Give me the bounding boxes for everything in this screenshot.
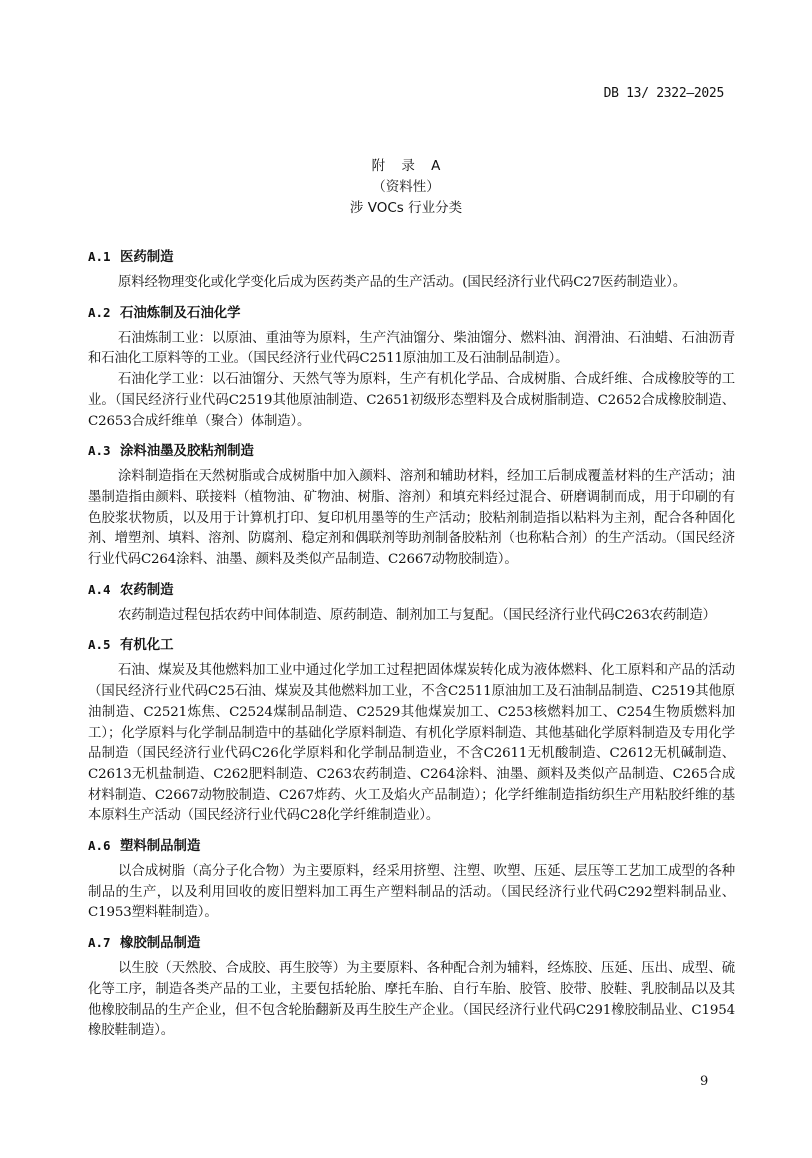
section-heading: A.3涂料油墨及胶粘剂制造	[88, 440, 735, 461]
appendix-label: 附 录 A	[0, 156, 812, 177]
section-heading: A.7橡胶制品制造	[88, 932, 735, 953]
section-number: A.3	[88, 440, 120, 461]
section-title: 塑料制品制造	[120, 839, 200, 854]
document-code: DB 13/ 2322—2025	[604, 86, 724, 101]
section-number: A.5	[88, 634, 120, 655]
section-number: A.2	[88, 302, 120, 323]
appendix-nature: （资料性）	[0, 177, 812, 198]
section-a7: A.7橡胶制品制造 以生胶（天然胶、合成胶、再生胶等）为主要原料、各种配合剂为辅…	[88, 932, 735, 1042]
section-heading: A.1医药制造	[88, 246, 735, 267]
document-page: DB 13/ 2322—2025 附 录 A （资料性） 涉 VOCs 行业分类…	[0, 0, 812, 1158]
section-a2: A.2石油炼制及石油化学 石油炼制工业：以原油、重油等为原料，生产汽油馏分、柴油…	[88, 302, 735, 433]
document-body: A.1医药制造 原料经物理变化或化学变化后成为医药类产品的生产活动。(国民经济行…	[88, 246, 735, 1050]
paragraph: 石油、煤炭及其他燃料加工业中通过化学加工过程把固体煤炭转化成为液体燃料、化工原料…	[88, 661, 735, 827]
appendix-title-block: 附 录 A （资料性） 涉 VOCs 行业分类	[0, 156, 812, 219]
section-heading: A.2石油炼制及石油化学	[88, 302, 735, 323]
paragraph: 石油炼制工业：以原油、重油等为原料，生产汽油馏分、柴油馏分、燃料油、润滑油、石油…	[88, 329, 735, 370]
section-title: 橡胶制品制造	[120, 936, 200, 951]
section-number: A.1	[88, 246, 120, 267]
section-number: A.7	[88, 932, 120, 953]
paragraph: 农药制造过程包括农药中间体制造、原药制造、制剂加工与复配。（国民经济行业代码C2…	[88, 606, 735, 627]
section-heading: A.5有机化工	[88, 634, 735, 655]
section-title: 医药制造	[120, 250, 174, 265]
section-title: 涂料油墨及胶粘剂制造	[120, 444, 254, 459]
section-title: 农药制造	[120, 583, 174, 598]
section-title: 有机化工	[120, 638, 174, 653]
section-a4: A.4农药制造 农药制造过程包括农药中间体制造、原药制造、制剂加工与复配。（国民…	[88, 579, 735, 627]
section-heading: A.4农药制造	[88, 579, 735, 600]
section-number: A.4	[88, 579, 120, 600]
section-a1: A.1医药制造 原料经物理变化或化学变化后成为医药类产品的生产活动。(国民经济行…	[88, 246, 735, 294]
paragraph: 以合成树脂（高分子化合物）为主要原料，经采用挤塑、注塑、吹塑、压延、层压等工艺加…	[88, 862, 735, 924]
paragraph: 以生胶（天然胶、合成胶、再生胶等）为主要原料、各种配合剂为辅料，经炼胶、压延、压…	[88, 959, 735, 1042]
section-a5: A.5有机化工 石油、煤炭及其他燃料加工业中通过化学加工过程把固体煤炭转化成为液…	[88, 634, 735, 827]
section-number: A.6	[88, 835, 120, 856]
section-heading: A.6塑料制品制造	[88, 835, 735, 856]
section-a6: A.6塑料制品制造 以合成树脂（高分子化合物）为主要原料，经采用挤塑、注塑、吹塑…	[88, 835, 735, 924]
paragraph: 石油化学工业：以石油馏分、天然气等为原料，生产有机化学品、合成树脂、合成纤维、合…	[88, 370, 735, 432]
appendix-subject: 涉 VOCs 行业分类	[0, 198, 812, 219]
paragraph: 原料经物理变化或化学变化后成为医药类产品的生产活动。(国民经济行业代码C27医药…	[88, 273, 735, 294]
page-number: 9	[700, 1074, 708, 1089]
section-a3: A.3涂料油墨及胶粘剂制造 涂料制造指在天然树脂或合成树脂中加入颜料、溶剂和辅助…	[88, 440, 735, 571]
section-title: 石油炼制及石油化学	[120, 306, 241, 321]
paragraph: 涂料制造指在天然树脂或合成树脂中加入颜料、溶剂和辅助材料，经加工后制成覆盖材料的…	[88, 467, 735, 571]
